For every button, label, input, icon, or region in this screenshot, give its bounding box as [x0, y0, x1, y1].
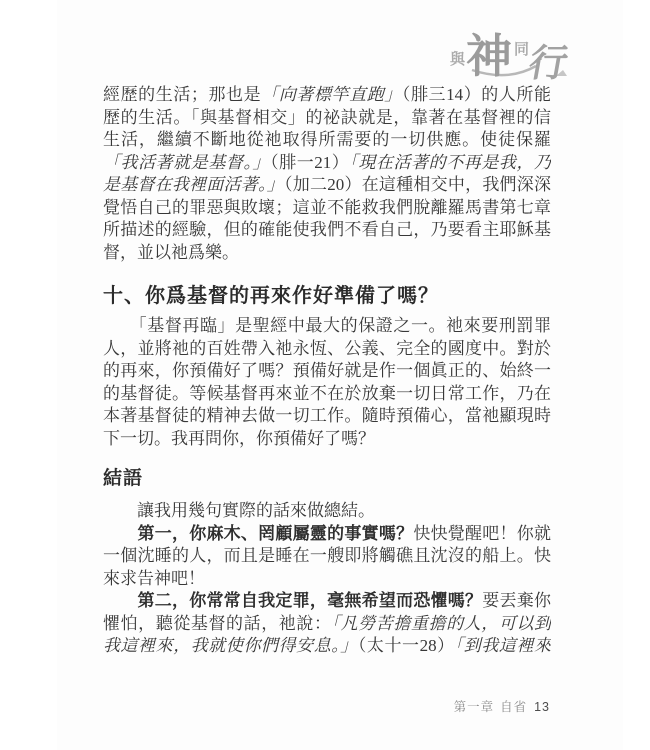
footer-page-number: 13	[534, 700, 550, 714]
body-text: 經歷的生活；那也是	[103, 85, 261, 104]
text-line: 「我活著就是基督。」（腓一21）「現在活著的不再是我，乃	[103, 152, 551, 175]
text-line: 下一切。我再問你，你預備好了嗎？	[103, 428, 551, 451]
body-text: 生活，繼續不斷地從祂取得所需要的一切供應。使徒保羅說：	[103, 130, 551, 152]
body-text: 的再來，你預備好了嗎？預備好就是作一個眞正的、始終一貫	[103, 361, 551, 383]
footer-section: 自省	[500, 700, 527, 714]
text-line: 的再來，你預備好了嗎？預備好就是作一個眞正的、始終一貫	[103, 360, 551, 383]
emphasis-text: 第二，你常常自我定罪，毫無希望而恐懼嗎？	[137, 591, 482, 610]
body-text: 的基督徒。等候基督再來並不在於放棄一切日常工作，乃在於	[103, 384, 551, 406]
section-heading-conclusion: 結語	[103, 466, 551, 492]
body-text: （加二20）在這種相交中，我們深深	[284, 175, 551, 194]
emphasis-text: 第一，你麻木、罔顧屬靈的事實嗎？	[137, 524, 413, 543]
footer-chapter: 第一章	[454, 700, 495, 714]
paragraph: 經歷的生活；那也是「向著標竿直跑」（腓三14）的人所能經歷的生活。「與基督相交」…	[103, 84, 551, 264]
body-text: 歷的生活。「與基督相交」的祕訣就是，靠著在基督裡的信心	[103, 108, 551, 130]
text-line: 我這裡來，我就使你們得安息。」（太十一28）「到我這裡來	[103, 635, 551, 658]
body-text	[103, 591, 137, 610]
body-text: 本著基督徒的精神去做一切工作。隨時預備心，當祂顯現時撇	[103, 406, 551, 428]
text-line: 來求告神吧！	[103, 568, 551, 591]
scripture-quote: 「到我這裡來	[455, 636, 551, 655]
book-page: 與神同行 經歷的生活；那也是「向著標竿直跑」（腓三14）的人所能經歷的生活。「與…	[0, 0, 650, 750]
text-line: 督，並以祂爲樂。	[103, 242, 551, 265]
scripture-quote: 我這裡來，我就使你們得安息。」	[103, 636, 358, 655]
body-text	[103, 524, 137, 543]
body-text: 讓我用幾句實際的話來做總結。	[103, 501, 375, 520]
page-footer: 第一章自省13	[454, 697, 550, 715]
text-line: 的基督徒。等候基督再來並不在於放棄一切日常工作，乃在於	[103, 383, 551, 406]
text-line: 人，並將祂的百姓帶入祂永恆、公義、完全的國度中。對於祂	[103, 338, 551, 361]
section-heading-ten: 十、你爲基督的再來作好準備了嗎？	[103, 283, 551, 309]
logo-char: 神	[466, 20, 512, 86]
paragraph: 第一，你麻木、罔顧屬靈的事實嗎？快快覺醒吧！你就像一個沈睡的人，而且是睡在一艘即…	[103, 523, 551, 591]
body-text: （太十一28）	[358, 636, 455, 655]
text-line: 「基督再臨」是聖經中最大的保證之一。祂來要刑罰罪	[103, 315, 551, 338]
body-text: 所描述的經驗，但的確能使我們不看自己，乃要看主耶穌基	[103, 220, 551, 239]
text-line: 懼怕，聽從基督的話，祂說：「凡勞苦擔重擔的人，可以到	[103, 613, 551, 636]
scripture-quote: 是基督在我裡面活著。」	[103, 175, 284, 194]
text-line: 是基督在我裡面活著。」（加二20）在這種相交中，我們深深	[103, 174, 551, 197]
paragraph: 第二，你常常自我定罪，毫無希望而恐懼嗎？要丟棄你的懼怕，聽從基督的話，祂說：「凡…	[103, 590, 551, 658]
paragraph: 「基督再臨」是聖經中最大的保證之一。祂來要刑罰罪人，並將祂的百姓帶入祂永恆、公義…	[103, 315, 551, 450]
body-text: 人，並將祂的百姓帶入祂永恆、公義、完全的國度中。對於祂	[103, 339, 551, 361]
text-line: 第一，你麻木、罔顧屬靈的事實嗎？快快覺醒吧！你就像	[103, 523, 551, 546]
text-line: 覺悟自己的罪惡與敗壞；這並不能救我們脫離羅馬書第七章中	[103, 197, 551, 220]
text-line: 本著基督徒的精神去做一切工作。隨時預備心，當祂顯現時撇	[103, 405, 551, 428]
body-text: 下一切。我再問你，你預備好了嗎？	[103, 429, 375, 448]
text-line: 一個沈睡的人，而且是睡在一艘即將觸礁且沈沒的船上。快醒	[103, 545, 551, 568]
logo-char: 同	[514, 38, 529, 59]
text-line: 經歷的生活；那也是「向著標竿直跑」（腓三14）的人所能經	[103, 84, 551, 107]
scripture-quote: 「現在活著的不再是我，乃	[349, 153, 551, 172]
scripture-quote: 「凡勞苦擔重擔的人，可以到	[332, 614, 551, 633]
body-text: 「基督再臨」是聖經中最大的保證之一。祂來要刑罰罪	[103, 316, 551, 335]
body-text: 一個沈睡的人，而且是睡在一艘即將觸礁且沈沒的船上。快醒	[103, 546, 551, 568]
body-text: 來求告神吧！	[103, 569, 205, 588]
body-text: 懼怕，聽從基督的話，祂說：	[103, 614, 332, 633]
scripture-quote: 「我活著就是基督。」	[103, 153, 270, 172]
page-content: 經歷的生活；那也是「向著標竿直跑」（腓三14）的人所能經歷的生活。「與基督相交」…	[103, 84, 551, 658]
publisher-logo: 與神同行	[448, 24, 578, 82]
body-text: 覺悟自己的罪惡與敗壞；這並不能救我們脫離羅馬書第七章中	[103, 198, 551, 220]
logo-char: 與	[450, 48, 465, 69]
text-line: 生活，繼續不斷地從祂取得所需要的一切供應。使徒保羅說：	[103, 129, 551, 152]
text-line: 讓我用幾句實際的話來做總結。	[103, 500, 551, 523]
text-line: 所描述的經驗，但的確能使我們不看自己，乃要看主耶穌基	[103, 219, 551, 242]
paragraph: 讓我用幾句實際的話來做總結。	[103, 500, 551, 523]
body-text: 督，並以祂爲樂。	[103, 243, 239, 262]
text-line: 第二，你常常自我定罪，毫無希望而恐懼嗎？要丟棄你的	[103, 590, 551, 613]
body-text: （腓一21）	[270, 153, 349, 172]
scripture-quote: 「向著標竿直跑」	[261, 85, 402, 104]
text-line: 歷的生活。「與基督相交」的祕訣就是，靠著在基督裡的信心	[103, 107, 551, 130]
